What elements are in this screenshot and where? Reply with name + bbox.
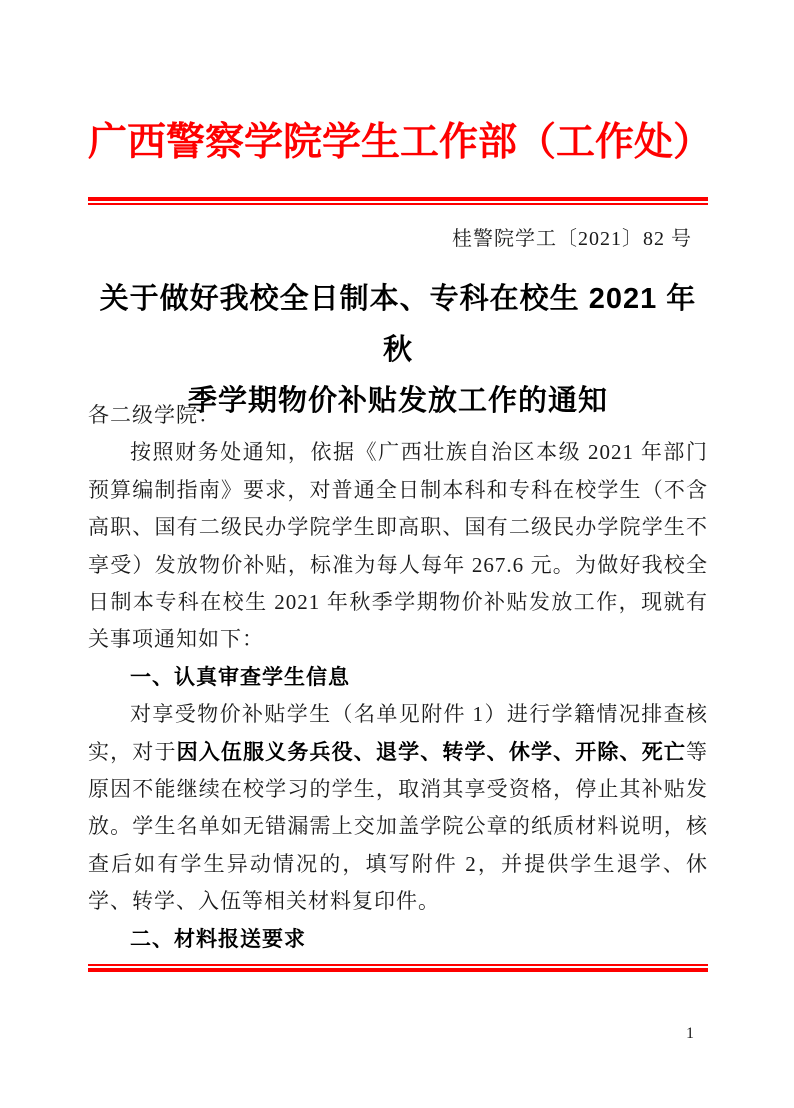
document-title-line1: 关于做好我校全日制本、专科在校生 2021 年秋 — [88, 274, 708, 376]
red-rule-top-thin-line — [88, 203, 708, 205]
body-paragraph: 按照财务处通知，依据《广西壮族自治区本级 2021 年部门预算编制指南》要求，对… — [88, 434, 708, 658]
emphasis-text: 二、材料报送要求 — [130, 928, 306, 951]
section-heading: 二、材料报送要求 — [88, 921, 708, 958]
document-page: 广西警察学院学生工作部（工作处） 桂警院学工〔2021〕82 号 关于做好我校全… — [0, 0, 794, 1108]
red-rule-bottom — [88, 964, 708, 972]
emphasis-text: 一、认真审查学生信息 — [130, 666, 350, 689]
emphasis-text: 因入伍服义务兵役、退学、转学、休学、开除、死亡 — [177, 741, 686, 764]
red-rule-top — [88, 197, 708, 205]
body-paragraph: 各二级学院： — [88, 397, 708, 434]
document-body: 各二级学院：按照财务处通知，依据《广西壮族自治区本级 2021 年部门预算编制指… — [88, 397, 708, 958]
page-number: 1 — [680, 1025, 700, 1043]
red-header-org-title: 广西警察学院学生工作部（工作处） — [88, 116, 708, 171]
section-heading: 一、认真审查学生信息 — [88, 659, 708, 696]
document-number: 桂警院学工〔2021〕82 号 — [88, 222, 708, 251]
red-rule-bottom-thick-line — [88, 968, 708, 972]
body-paragraph: 对享受物价补贴学生（名单见附件 1）进行学籍情况排查核实，对于因入伍服义务兵役、… — [88, 696, 708, 920]
